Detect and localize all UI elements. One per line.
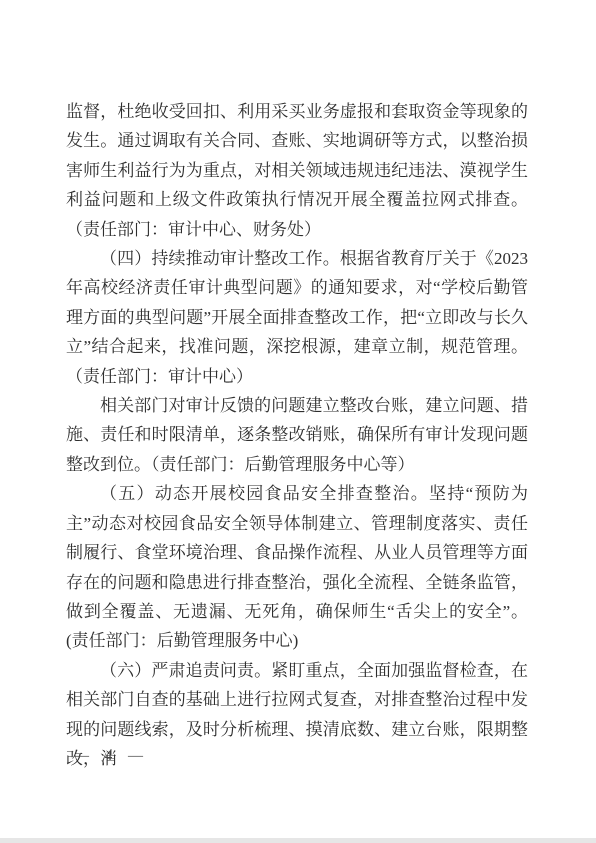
paragraph-audit-ledger: 相关部门对审计反馈的问题建立整改台账，建立问题、措施、责任和时限清单，逐条整改销… <box>66 391 528 479</box>
page-bottom-edge <box>0 838 596 843</box>
paragraph-item-4: （四）持续推动审计整改工作。根据省教育厅关于《2023 年高校经济责任审计典型问… <box>66 244 528 391</box>
page-number: — 4 — <box>74 746 145 766</box>
document-page: 监督，杜绝收受回扣、利用采买业务虚报和套取资金等现象的发生。通过调取有关合同、查… <box>0 0 596 843</box>
paragraph-item-5: （五）动态开展校园食品安全排查整治。坚持“预防为主”动态对校园食品安全领导体制建… <box>66 479 528 655</box>
page-body-text: 监督，杜绝收受回扣、利用采买业务虚报和套取资金等现象的发生。通过调取有关合同、查… <box>66 97 528 773</box>
paragraph-continuation: 监督，杜绝收受回扣、利用采买业务虚报和套取资金等现象的发生。通过调取有关合同、查… <box>66 97 528 244</box>
